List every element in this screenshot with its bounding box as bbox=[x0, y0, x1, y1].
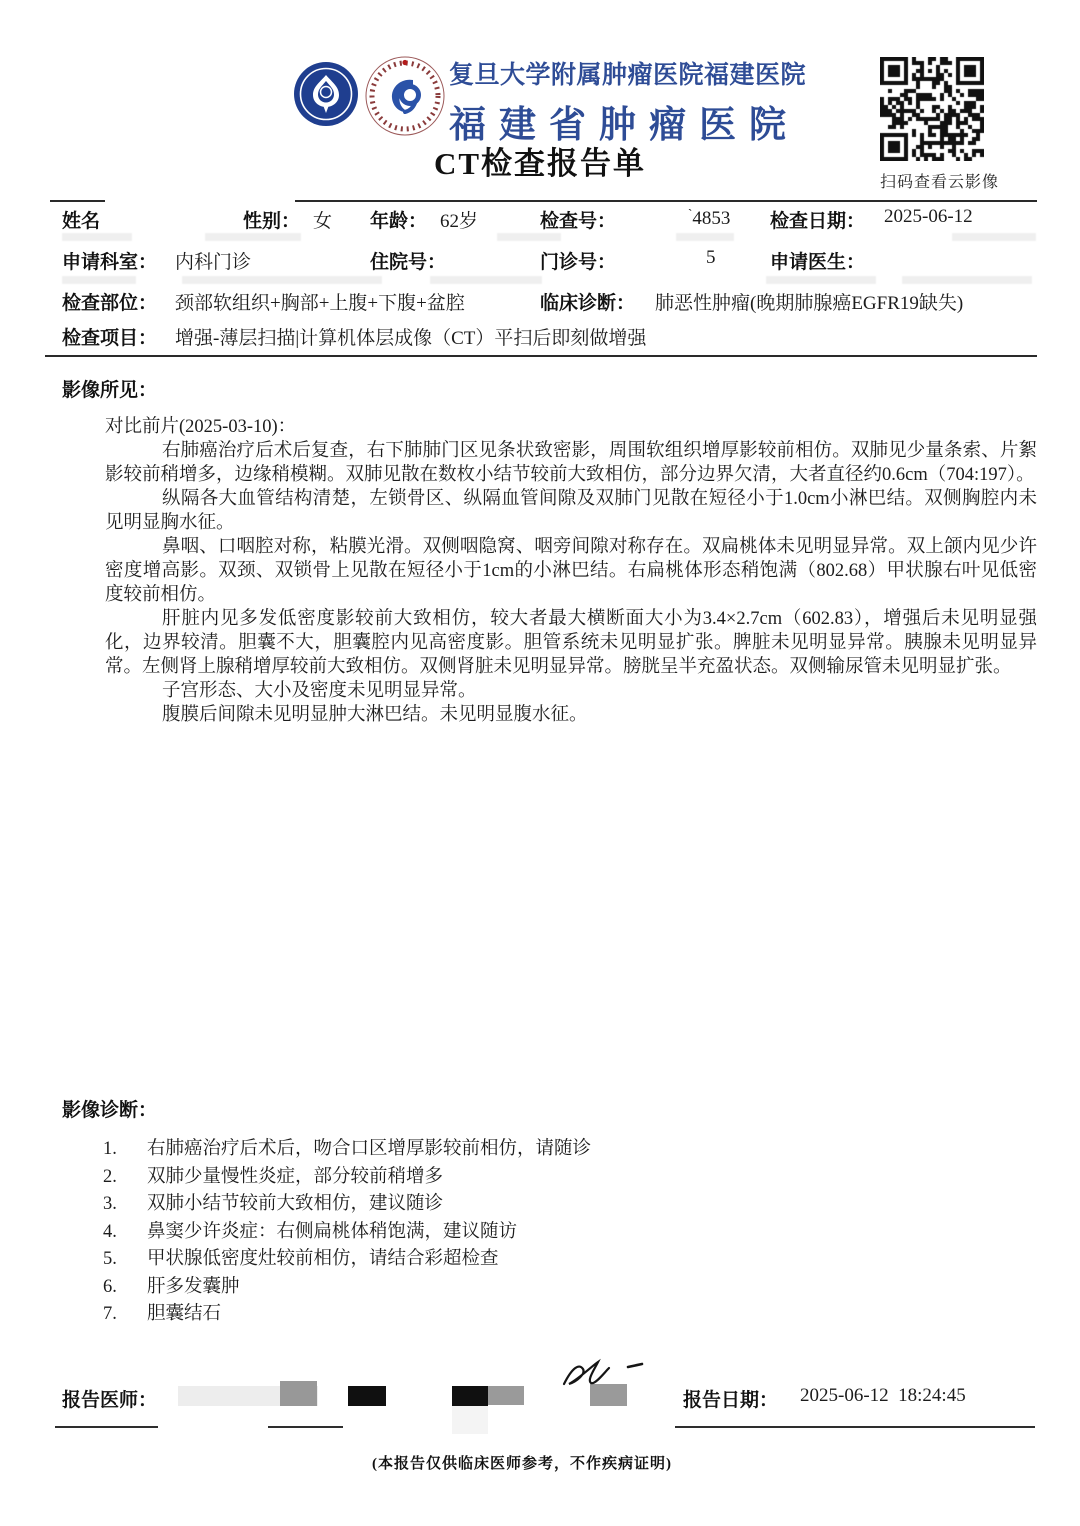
disclaimer-note: (本报告仅供临床医师参考，不作疾病证明) bbox=[0, 1452, 1044, 1473]
scan-artifact bbox=[62, 233, 132, 241]
redaction-block bbox=[488, 1386, 524, 1405]
redaction-block bbox=[348, 1386, 386, 1406]
diagnosis-item: 3. 双肺小结节较前大致相仿，建议随诊 bbox=[62, 1191, 1040, 1219]
diagnosis-item-text: 甲状腺低密度灶较前相仿，请结合彩超检查 bbox=[147, 1246, 1040, 1274]
patient-info-table: 姓名 性别： 女 年龄： 62岁 检查号： `4853 检查日期： 2025-0… bbox=[0, 0, 1080, 360]
diagnosis-item-text: 双肺小结节较前大致相仿，建议随诊 bbox=[147, 1191, 1040, 1219]
findings-heading: 影像所见： bbox=[62, 375, 1040, 402]
redaction-block bbox=[452, 1406, 488, 1434]
physician-label: 报告医师： bbox=[62, 1385, 157, 1412]
diagnosis-item-text: 鼻窦少许炎症：右侧扁桃体稍饱满，建议随访 bbox=[147, 1219, 1040, 1247]
report-date-label: 报告日期： bbox=[683, 1385, 778, 1412]
comparison-line: 对比前片(2025-03-10)： bbox=[105, 415, 1037, 439]
diagnosis-item: 1. 右肺癌治疗后术后，吻合口区增厚影较前相仿，请随诊 bbox=[62, 1136, 1040, 1164]
exam-no-value: `4853 bbox=[688, 206, 730, 230]
clinical-dx-value: 肺恶性肿瘤(晚期肺腺癌EGFR19缺失) bbox=[655, 288, 963, 315]
footer-rule-segment bbox=[675, 1426, 1035, 1428]
table-bottom-border bbox=[45, 355, 1037, 357]
redaction-block bbox=[452, 1386, 488, 1406]
exam-item-label: 检查项目： bbox=[62, 323, 157, 350]
findings-paragraph: 子宫形态、大小及密度未见明显异常。 bbox=[105, 679, 1037, 703]
name-label: 姓名 bbox=[62, 206, 100, 233]
exam-item-value: 增强-薄层扫描|计算机体层成像（CT）平扫后即刻做增强 bbox=[175, 323, 646, 350]
diagnosis-item: 2. 双肺少量慢性炎症，部分较前稍增多 bbox=[62, 1164, 1040, 1192]
scan-artifact bbox=[952, 233, 1036, 241]
scan-artifact bbox=[676, 233, 734, 241]
findings-paragraph: 鼻咽、口咽腔对称，粘膜光滑。双侧咽隐窝、咽旁间隙对称存在。双扁桃体未见明显异常。… bbox=[105, 535, 1037, 607]
report-footer: 报告医师： 报告日期： 2025-06-12 18:24:45 (本报告仅供临床… bbox=[0, 1355, 1080, 1526]
outpatient-no-label: 门诊号： bbox=[540, 247, 616, 274]
footer-rule-segment bbox=[55, 1426, 158, 1428]
diagnosis-heading: 影像诊断： bbox=[62, 1095, 1040, 1122]
scan-artifact bbox=[430, 276, 542, 284]
handwritten-signature-icon bbox=[556, 1358, 648, 1398]
ct-report-page: 复旦大学附属肿瘤医院福建医院 福建省肿瘤医院 CT检查报告单 扫码查看云影像 姓… bbox=[0, 0, 1080, 1526]
findings-paragraph: 腹膜后间隙未见明显肿大淋巴结。未见明显腹水征。 bbox=[105, 703, 1037, 727]
age-value: 62岁 bbox=[440, 206, 478, 233]
req-doctor-label: 申请医生： bbox=[770, 247, 865, 274]
diagnosis-item: 6. 肝多发囊肿 bbox=[62, 1274, 1040, 1302]
dept-value: 内科门诊 bbox=[175, 247, 251, 274]
gender-label: 性别： bbox=[243, 206, 300, 233]
diagnosis-item-number: 4. bbox=[103, 1219, 147, 1247]
diagnosis-item-text: 肝多发囊肿 bbox=[147, 1274, 1040, 1302]
exam-no-label: 检查号： bbox=[540, 206, 616, 233]
diagnosis-item: 4. 鼻窦少许炎症：右侧扁桃体稍饱满，建议随访 bbox=[62, 1219, 1040, 1247]
diagnosis-item-number: 7. bbox=[103, 1301, 147, 1329]
findings-paragraph: 右肺癌治疗后术后复查，右下肺肺门区见条状致密影，周围软组织增厚影较前相仿。双肺见… bbox=[105, 439, 1037, 487]
table-top-border-right bbox=[295, 200, 1037, 202]
diagnosis-item-text: 双肺少量慢性炎症，部分较前稍增多 bbox=[147, 1164, 1040, 1192]
diagnosis-item: 7. 胆囊结石 bbox=[62, 1301, 1040, 1329]
redaction-block bbox=[280, 1381, 317, 1406]
diagnosis-item-number: 2. bbox=[103, 1164, 147, 1192]
diagnosis-item-number: 3. bbox=[103, 1191, 147, 1219]
dept-label: 申请科室： bbox=[62, 247, 157, 274]
body-part-value: 颈部软组织+胸部+上腹+下腹+盆腔 bbox=[175, 288, 465, 315]
diagnosis-item-text: 胆囊结石 bbox=[147, 1301, 1040, 1329]
diagnosis-item-number: 6. bbox=[103, 1274, 147, 1302]
table-top-border-left bbox=[50, 200, 105, 202]
scan-artifact bbox=[205, 233, 301, 241]
footer-rule-segment bbox=[268, 1426, 343, 1428]
findings-paragraph: 肝脏内见多发低密度影较前大致相仿，较大者最大横断面大小为3.4×2.7cm（60… bbox=[105, 607, 1037, 679]
scan-artifact bbox=[182, 276, 382, 284]
outpatient-no-value: 5 bbox=[706, 247, 716, 269]
findings-section: 影像所见： 对比前片(2025-03-10)： 右肺癌治疗后术后复查，右下肺肺门… bbox=[62, 375, 1040, 727]
inpatient-no-label: 住院号： bbox=[370, 247, 446, 274]
clinical-dx-label: 临床诊断： bbox=[540, 288, 635, 315]
diagnosis-item-number: 5. bbox=[103, 1246, 147, 1274]
diagnosis-item-text: 右肺癌治疗后术后，吻合口区增厚影较前相仿，请随诊 bbox=[147, 1136, 1040, 1164]
report-datetime-value: 2025-06-12 18:24:45 bbox=[800, 1385, 966, 1407]
exam-date-value: 2025-06-12 bbox=[884, 206, 973, 228]
gender-value: 女 bbox=[313, 206, 332, 233]
findings-body: 对比前片(2025-03-10)： 右肺癌治疗后术后复查，右下肺肺门区见条状致密… bbox=[105, 415, 1037, 727]
diagnosis-item: 5. 甲状腺低密度灶较前相仿，请结合彩超检查 bbox=[62, 1246, 1040, 1274]
diagnosis-section: 影像诊断： 1. 右肺癌治疗后术后，吻合口区增厚影较前相仿，请随诊 2. 双肺少… bbox=[62, 1095, 1040, 1329]
diagnosis-item-number: 1. bbox=[103, 1136, 147, 1164]
scan-artifact bbox=[902, 276, 1032, 284]
body-part-label: 检查部位： bbox=[62, 288, 157, 315]
scan-artifact bbox=[497, 233, 561, 241]
scan-artifact bbox=[62, 276, 136, 284]
scan-artifact bbox=[766, 276, 876, 284]
findings-paragraph: 纵隔各大血管结构清楚，左锁骨区、纵隔血管间隙及双肺门见散在短径小于1.0cm小淋… bbox=[105, 487, 1037, 535]
exam-date-label: 检查日期： bbox=[770, 206, 865, 233]
age-label: 年龄： bbox=[370, 206, 427, 233]
diagnosis-list: 1. 右肺癌治疗后术后，吻合口区增厚影较前相仿，请随诊 2. 双肺少量慢性炎症，… bbox=[62, 1136, 1040, 1329]
